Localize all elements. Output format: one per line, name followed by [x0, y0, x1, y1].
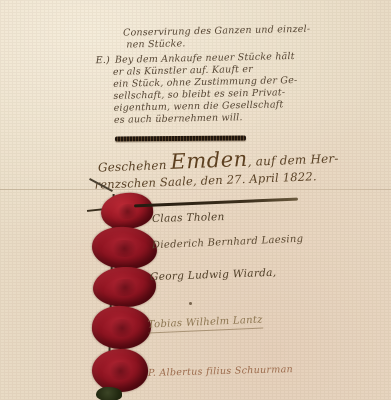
signature: P. Albertus filius Schuurman [148, 364, 293, 379]
signature: Diederich Bernhard Laesing [152, 234, 304, 252]
manuscript-page: Conservirung des Ganzen und einzel- nen … [0, 0, 391, 400]
signature: Claas Tholen [152, 211, 225, 225]
ink-dot [189, 302, 192, 305]
dateline-lead: Geschehen [98, 158, 167, 175]
ribbon-end [96, 387, 122, 400]
body-paragraph: Conservirung des Ganzen und einzel- nen … [95, 24, 307, 127]
wax-seal [92, 266, 156, 308]
clause-marker: E.) [96, 55, 111, 67]
wax-seal [91, 225, 158, 270]
signature: Georg Ludwig Wiarda, [150, 267, 277, 283]
dateline-place: Emden [170, 147, 248, 174]
cord-line [134, 198, 298, 208]
wax-seal [91, 305, 151, 350]
paper-crease [0, 189, 391, 190]
stitched-divider-bar [115, 136, 246, 142]
body-line-text: Bey dem Ankaufe neuer Stücke hält [115, 51, 295, 66]
dateline: Geschehen Emden, auf dem Her- renzschen … [97, 143, 339, 191]
wax-seal [91, 348, 149, 394]
body-line: nen Stücke. [126, 36, 305, 52]
signature: Tobias Wilhelm Lantz [148, 315, 263, 334]
wax-seal [100, 191, 154, 231]
dateline-tail: , auf dem Her- [247, 151, 338, 168]
